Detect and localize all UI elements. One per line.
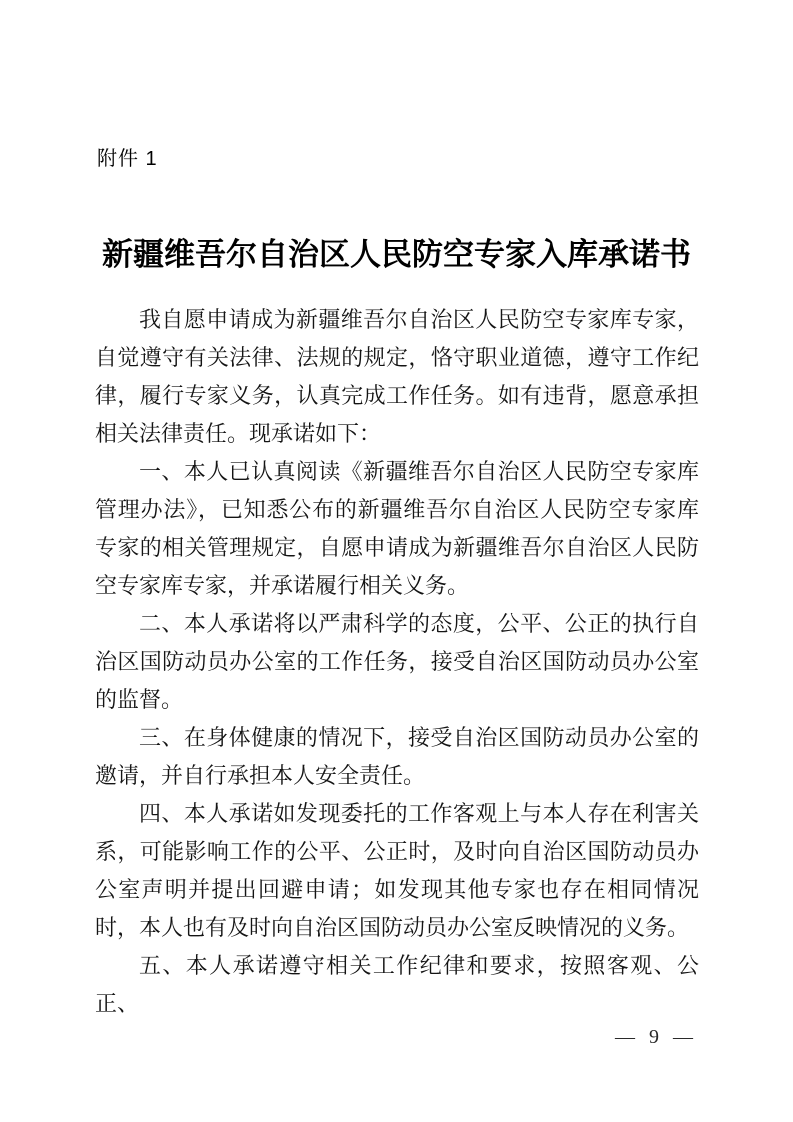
paragraph-intro: 我自愿申请成为新疆维吾尔自治区人民防空专家库专家，自觉遵守有关法律、法规的规定，… — [95, 301, 699, 453]
document-body: 我自愿申请成为新疆维吾尔自治区人民防空专家库专家，自觉遵守有关法律、法规的规定，… — [95, 301, 699, 1023]
paragraph-item-1: 一、本人已认真阅读《新疆维吾尔自治区人民防空专家库管理办法》，已知悉公布的新疆维… — [95, 453, 699, 605]
paragraph-item-4: 四、本人承诺如发现委托的工作客观上与本人存在利害关系，可能影响工作的公平、公正时… — [95, 795, 699, 947]
paragraph-item-3: 三、在身体健康的情况下，接受自治区国防动员办公室的邀请，并自行承担本人安全责任。 — [95, 719, 699, 795]
paragraph-item-5: 五、本人承诺遵守相关工作纪律和要求，按照客观、公正、 — [95, 947, 699, 1023]
paragraph-item-2: 二、本人承诺将以严肃科学的态度，公平、公正的执行自治区国防动员办公室的工作任务，… — [95, 605, 699, 719]
document-page: 附件 1 新疆维吾尔自治区人民防空专家入库承诺书 我自愿申请成为新疆维吾尔自治区… — [0, 0, 793, 1122]
document-title: 新疆维吾尔自治区人民防空专家入库承诺书 — [0, 236, 793, 274]
page-number: — 9 — — [615, 1024, 693, 1050]
annex-label: 附件 1 — [97, 146, 158, 172]
